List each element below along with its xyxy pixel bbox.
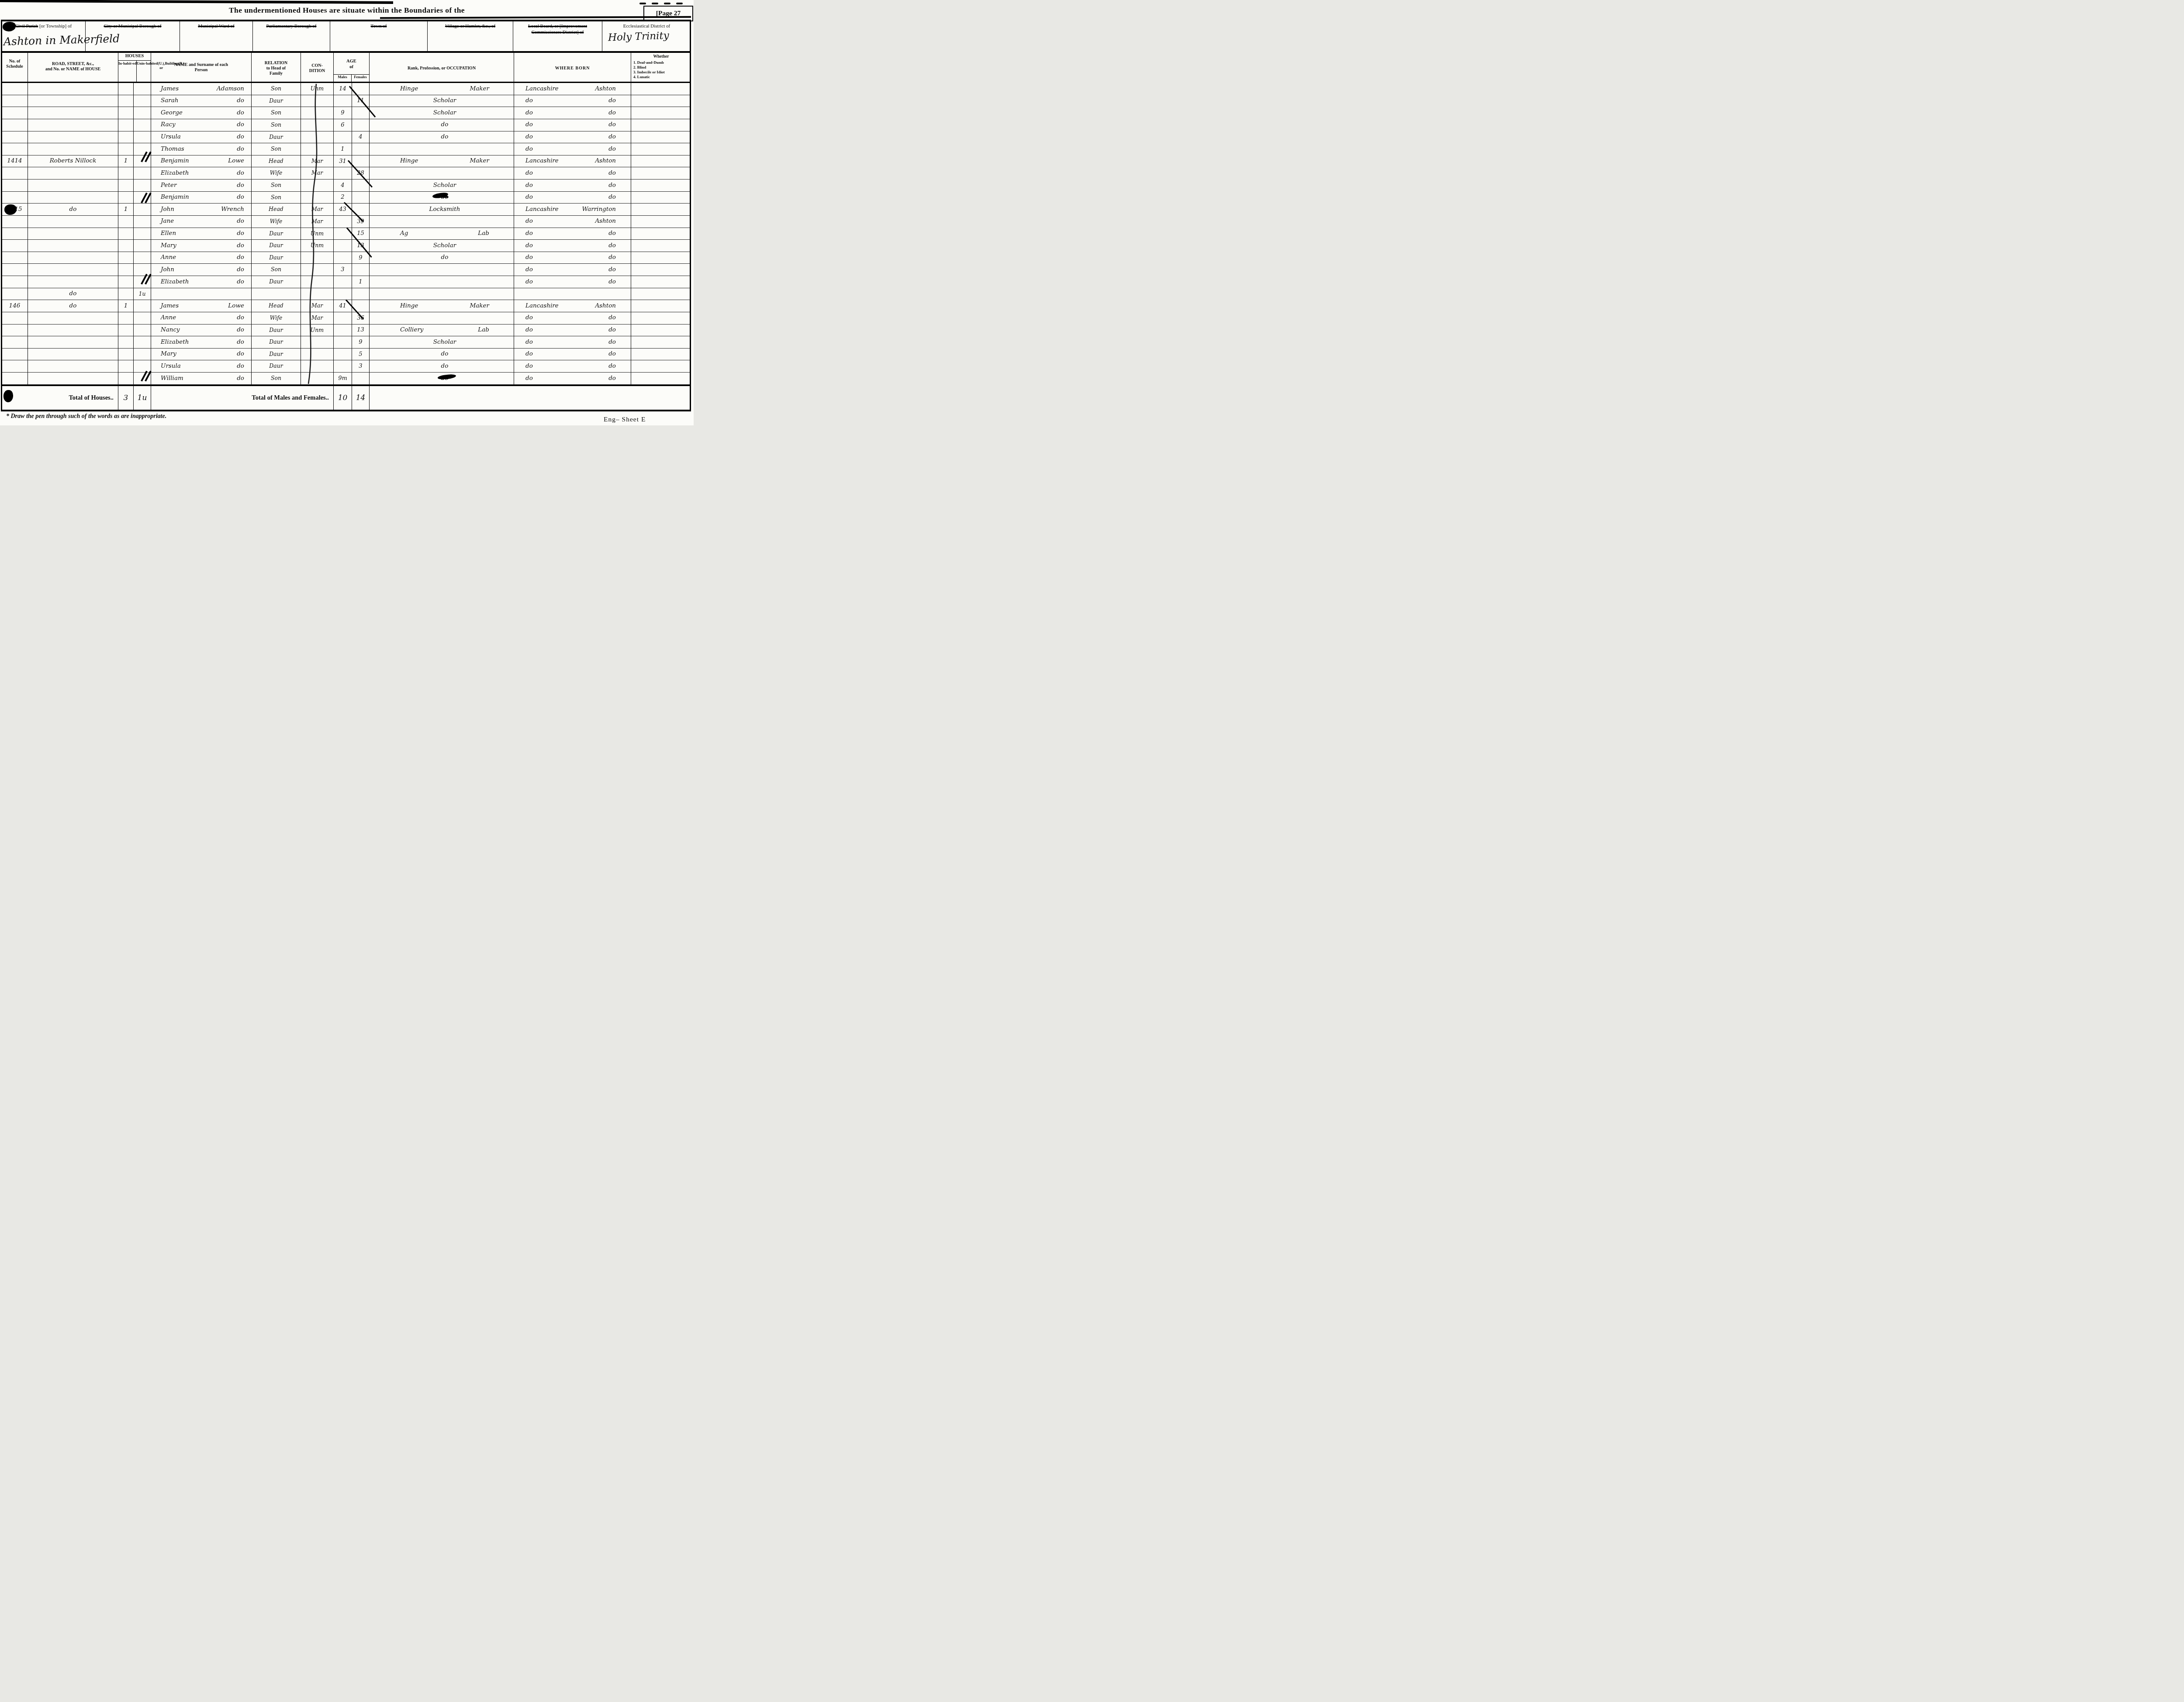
- cell-name: Annedo: [151, 312, 252, 325]
- cell-name: Ursulado: [151, 360, 252, 373]
- cell-inhabited: [118, 216, 134, 228]
- whether-item: 3. Imbecile or Idiot: [633, 70, 690, 75]
- cell-inhabited: [118, 83, 134, 95]
- person-name-part: do: [237, 98, 244, 104]
- cell-relation: Son: [252, 83, 301, 95]
- cell-age-female: [352, 155, 370, 168]
- cell-where-born: dodo: [514, 167, 631, 180]
- cell-name: Marydo: [151, 349, 252, 361]
- cell-occupation: [370, 216, 514, 228]
- where-born-part: Lancashire: [525, 86, 559, 92]
- person-name-part: do: [237, 183, 244, 189]
- cell-schedule: [2, 349, 28, 361]
- person-name-part: Nancy: [161, 327, 180, 333]
- cell-age-male: [334, 240, 352, 252]
- cell-condition: [301, 264, 334, 276]
- age-subcolumns: MalesFemales: [334, 74, 369, 82]
- occupation-text: Scholar: [433, 243, 456, 249]
- cell-inhabited: [118, 264, 134, 276]
- title-band: The undermentioned Houses are situate wi…: [0, 0, 694, 20]
- header-line: CON-: [301, 63, 333, 69]
- cell-inhabited: 1: [118, 204, 134, 216]
- header-line: DITION: [301, 69, 333, 74]
- cell-condition: Mar: [301, 216, 334, 228]
- cell-disabilities: [631, 216, 691, 228]
- occupation-text: do: [441, 351, 449, 357]
- cell-where-born: LancashireAshton: [514, 155, 631, 168]
- cell-schedule: [2, 240, 28, 252]
- cell-condition: [301, 131, 334, 144]
- cell-disabilities: [631, 155, 691, 168]
- cell-name: Sarahdo: [151, 95, 252, 107]
- person-name-part: do: [237, 351, 244, 357]
- where-born-part: do: [525, 363, 533, 369]
- cell-schedule: [2, 325, 28, 337]
- cell-age-female: 9: [352, 336, 370, 349]
- cell-age-male: 2: [334, 192, 352, 204]
- where-born-part: do: [525, 279, 533, 285]
- header-line: Unin-: [137, 62, 146, 66]
- whether-list: 1. Deaf-and-Dumb2. Blind3. Imbecile or I…: [631, 60, 691, 80]
- person-name-part: do: [237, 170, 244, 176]
- cell-road: [28, 373, 118, 385]
- whether-item: 2. Blind: [633, 65, 690, 70]
- cell-relation: Wife: [252, 312, 301, 325]
- whether-item: 4. Lunatic: [633, 75, 690, 79]
- occupation-text: do: [441, 363, 449, 369]
- where-born-part: do: [525, 183, 533, 189]
- cell-name: JohnWrench: [151, 204, 252, 216]
- cell-inhabited: [118, 336, 134, 349]
- cell-disabilities: [631, 119, 691, 131]
- cell-schedule: 146: [2, 300, 28, 312]
- geo-field-parliamentary-borough: Parliamentary Borough of: [253, 21, 330, 51]
- where-born-part: Ashton: [595, 158, 616, 164]
- cell-where-born: dodo: [514, 180, 631, 192]
- totals-empty-cell: [370, 386, 691, 410]
- person-name-part: do: [237, 231, 244, 237]
- cell-schedule: [2, 167, 28, 180]
- cell-occupation: do: [370, 131, 514, 144]
- cell-age-male: 43: [334, 204, 352, 216]
- cell-disabilities: [631, 373, 691, 385]
- occupation-part: Maker: [470, 303, 490, 309]
- cell-name: Racydo: [151, 119, 252, 131]
- cell-inhabited: [118, 240, 134, 252]
- col-header-schedule: No. ofSchedule: [2, 53, 28, 82]
- sheet-label: Eng– Sheet E: [604, 416, 646, 424]
- cell-name: Ursulado: [151, 131, 252, 144]
- where-born-part: Lancashire: [525, 303, 559, 309]
- cell-road: [28, 143, 118, 155]
- cell-disabilities: [631, 180, 691, 192]
- cell-disabilities: [631, 143, 691, 155]
- cell-inhabited: [118, 119, 134, 131]
- cell-name: [151, 288, 252, 300]
- cell-age-male: [334, 131, 352, 144]
- cell-schedule: [2, 312, 28, 325]
- totals-row: Total of Houses.. 3 1u Total of Males an…: [2, 385, 691, 411]
- geo-field-label: Municipal Ward of: [198, 24, 234, 29]
- person-name-part: Anne: [161, 255, 176, 261]
- cell-age-female: [352, 264, 370, 276]
- cell-road: Roberts Nillock: [28, 155, 118, 168]
- cell-schedule: [2, 83, 28, 95]
- cell-age-male: [334, 288, 352, 300]
- cell-condition: Mar: [301, 312, 334, 325]
- occupation-text: Locksmith: [429, 207, 460, 213]
- cell-condition: [301, 95, 334, 107]
- cell-uninhabited: [134, 216, 151, 228]
- person-name-part: Elizabeth: [161, 170, 189, 176]
- where-born-part: do: [525, 170, 533, 176]
- cell-schedule: [2, 288, 28, 300]
- person-name-part: Thomas: [161, 146, 184, 152]
- cell-occupation: do: [370, 349, 514, 361]
- cell-name: JamesAdamson: [151, 83, 252, 95]
- cell-disabilities: [631, 240, 691, 252]
- cell-disabilities: [631, 204, 691, 216]
- cell-relation: Wife: [252, 216, 301, 228]
- cell-road: [28, 131, 118, 144]
- cell-where-born: dodo: [514, 336, 631, 349]
- where-born-part: do: [525, 231, 533, 237]
- cell-age-female: 1: [352, 276, 370, 288]
- col-header-females: Females: [352, 75, 369, 82]
- person-name-part: do: [237, 255, 244, 261]
- struck-label-text: Municipal Ward of: [198, 24, 234, 29]
- scan-smear-top: [0, 0, 393, 4]
- cell-inhabited: 1: [118, 155, 134, 168]
- cell-condition: Unm: [301, 83, 334, 95]
- cell-schedule: 1414: [2, 155, 28, 168]
- cell-schedule: [2, 264, 28, 276]
- cell-inhabited: [118, 95, 134, 107]
- cell-where-born: dodo: [514, 312, 631, 325]
- cell-disabilities: [631, 325, 691, 337]
- col-header-age: AGEof: [334, 53, 369, 74]
- geo-field-town: Town of: [330, 21, 428, 51]
- cell-relation: Son: [252, 373, 301, 385]
- cell-disabilities: [631, 95, 691, 107]
- person-name-part: Benjamin: [161, 158, 189, 164]
- person-name-part: Ursula: [161, 363, 181, 369]
- col-header-males: Males: [334, 75, 352, 82]
- cell-inhabited: [118, 325, 134, 337]
- cell-road: [28, 107, 118, 119]
- occupation-part: Hinge: [400, 158, 418, 164]
- person-name-part: do: [237, 134, 244, 140]
- where-born-part: do: [525, 194, 533, 200]
- census-entries-table: JamesAdamsonSonUnm14HingeMakerLancashire…: [2, 83, 691, 385]
- header-line: RELATION: [252, 61, 301, 66]
- occupation-part: Maker: [470, 158, 490, 164]
- cell-road: do: [28, 300, 118, 312]
- cell-age-male: [334, 252, 352, 264]
- person-name-part: Lowe: [228, 158, 244, 164]
- person-name-part: George: [161, 110, 183, 116]
- cell-inhabited: [118, 192, 134, 204]
- cell-name: Thomasdo: [151, 143, 252, 155]
- cell-uninhabited: [134, 131, 151, 144]
- census-page: The undermentioned Houses are situate wi…: [0, 0, 694, 425]
- cell-uninhabited: [134, 349, 151, 361]
- where-born-part: do: [525, 255, 533, 261]
- scan-dash: [664, 3, 670, 4]
- cell-name: Annedo: [151, 252, 252, 264]
- cell-relation: Son: [252, 180, 301, 192]
- cell-schedule: [2, 143, 28, 155]
- where-born-part: Lancashire: [525, 158, 559, 164]
- cell-condition: Unm: [301, 240, 334, 252]
- cell-age-female: [352, 288, 370, 300]
- cell-condition: [301, 107, 334, 119]
- cell-disabilities: [631, 288, 691, 300]
- cell-condition: Unm: [301, 228, 334, 240]
- geo-field-label: City or Municipal Borough of: [104, 24, 162, 29]
- cell-schedule: [2, 252, 28, 264]
- cell-relation: Son: [252, 119, 301, 131]
- cell-age-female: 5: [352, 349, 370, 361]
- where-born-part: do: [608, 376, 616, 382]
- cell-age-female: 4: [352, 131, 370, 144]
- where-born-part: do: [525, 339, 533, 345]
- cell-name: Elizabethdo: [151, 276, 252, 288]
- where-born-part: do: [525, 98, 533, 104]
- cell-disabilities: [631, 264, 691, 276]
- cell-relation: Daur: [252, 240, 301, 252]
- col-header-name: NAME and Surname of eachPerson: [151, 53, 252, 82]
- cell-where-born: dodo: [514, 349, 631, 361]
- cell-disabilities: [631, 107, 691, 119]
- cell-inhabited: [118, 143, 134, 155]
- cell-age-male: [334, 325, 352, 337]
- person-name-part: do: [237, 122, 244, 128]
- cell-name: Peterdo: [151, 180, 252, 192]
- cell-schedule: [2, 336, 28, 349]
- col-header-age-group: AGEofMalesFemales: [334, 53, 370, 82]
- cell-occupation: [370, 264, 514, 276]
- column-header-row: No. ofScheduleROAD, STREET, &c.,and No. …: [2, 51, 691, 83]
- cell-age-male: 41: [334, 300, 352, 312]
- cell-disabilities: [631, 349, 691, 361]
- person-name-part: do: [237, 243, 244, 249]
- person-name-part: do: [237, 110, 244, 116]
- col-header-condition: CON-DITION: [301, 53, 334, 82]
- cell-occupation: HingeMaker: [370, 83, 514, 95]
- cell-age-female: 13: [352, 325, 370, 337]
- cell-inhabited: [118, 180, 134, 192]
- occupation-part: Colliery: [400, 327, 423, 333]
- cell-relation: Daur: [252, 360, 301, 373]
- person-name-part: Ursula: [161, 134, 181, 140]
- cell-inhabited: 1: [118, 300, 134, 312]
- cell-where-born: dodo: [514, 119, 631, 131]
- cell-relation: Daur: [252, 131, 301, 144]
- person-name-part: Peter: [161, 183, 176, 189]
- cell-road: [28, 180, 118, 192]
- header-line: Schedule: [2, 64, 28, 69]
- cell-name: Johndo: [151, 264, 252, 276]
- cell-name: Elizabethdo: [151, 167, 252, 180]
- footnote: * Draw the pen through such of the words…: [6, 413, 166, 420]
- where-born-part: do: [525, 110, 533, 116]
- label-text: [or Township] of: [38, 24, 72, 29]
- cell-age-male: 4: [334, 180, 352, 192]
- col-header-road: ROAD, STREET, &c.,and No. or NAME of HOU…: [28, 53, 118, 82]
- cell-uninhabited: [134, 240, 151, 252]
- cell-uninhabited: [134, 228, 151, 240]
- cell-name: Elizabethdo: [151, 336, 252, 349]
- cell-name: JamesLowe: [151, 300, 252, 312]
- geo-field-label: Ecclesiastical District of: [623, 24, 670, 29]
- cell-uninhabited: 1u: [134, 288, 151, 300]
- where-born-part: do: [608, 243, 616, 249]
- cell-name: Williamdo: [151, 373, 252, 385]
- cell-occupation: do: [370, 360, 514, 373]
- person-name-part: John: [161, 207, 174, 213]
- cell-occupation: [370, 143, 514, 155]
- cell-uninhabited: [134, 336, 151, 349]
- header-line: ROAD, STREET, &c.,: [28, 62, 118, 67]
- person-name-part: John: [161, 267, 174, 273]
- cell-age-male: 1: [334, 143, 352, 155]
- cell-age-male: [334, 360, 352, 373]
- where-born-part: Ashton: [595, 218, 616, 224]
- cell-relation: Daur: [252, 349, 301, 361]
- cell-where-born: dodo: [514, 95, 631, 107]
- cell-road: do: [28, 288, 118, 300]
- person-name-part: do: [237, 315, 244, 321]
- cell-name: BenjaminLowe: [151, 155, 252, 168]
- col-header-inhabited: In-habit-ed: [118, 61, 137, 82]
- cell-age-male: [334, 349, 352, 361]
- cell-relation: Daur: [252, 252, 301, 264]
- cell-disabilities: [631, 83, 691, 95]
- cell-disabilities: [631, 252, 691, 264]
- cell-occupation: Scholar: [370, 180, 514, 192]
- cell-condition: Mar: [301, 167, 334, 180]
- cell-occupation: do: [370, 119, 514, 131]
- cell-occupation: [370, 276, 514, 288]
- where-born-part: do: [525, 315, 533, 321]
- cell-inhabited: [118, 228, 134, 240]
- cell-road: [28, 264, 118, 276]
- cell-age-male: [334, 167, 352, 180]
- cell-relation: Head: [252, 155, 301, 168]
- cell-inhabited: [118, 288, 134, 300]
- cell-disabilities: [631, 192, 691, 204]
- header-line: NAME and Surname of each: [151, 62, 251, 68]
- cell-name: Marydo: [151, 240, 252, 252]
- cell-where-born: LancashireAshton: [514, 300, 631, 312]
- cell-condition: Mar: [301, 155, 334, 168]
- header-line: No. of: [2, 59, 28, 64]
- cell-disabilities: [631, 276, 691, 288]
- scan-dash: [676, 3, 683, 4]
- houses-subcolumns: In-habit-edUnin-habited(U.), orBuilding(…: [118, 61, 151, 82]
- cell-age-male: [334, 95, 352, 107]
- cell-name: Georgedo: [151, 107, 252, 119]
- geo-field-label: Village or Hamlet, &c., of: [445, 24, 495, 29]
- cell-inhabited: [118, 131, 134, 144]
- cell-where-born: dodo: [514, 192, 631, 204]
- occupation-text: do: [441, 122, 449, 128]
- where-born-part: do: [608, 170, 616, 176]
- cell-road: [28, 95, 118, 107]
- struck-label-text: Town of: [371, 24, 387, 29]
- cell-relation: Head: [252, 204, 301, 216]
- cell-condition: [301, 119, 334, 131]
- struck-label-text: Parliamentary Borough of: [266, 24, 317, 29]
- cell-road: [28, 360, 118, 373]
- person-name-part: do: [237, 146, 244, 152]
- cell-condition: [301, 373, 334, 385]
- cell-where-born: LancashireWarrington: [514, 204, 631, 216]
- struck-label-text: Local Board, or [Improvement Commissione…: [528, 24, 587, 35]
- col-header-houses: HOUSES: [118, 53, 151, 61]
- cell-where-born: dodo: [514, 240, 631, 252]
- header-line: Family: [252, 71, 301, 76]
- person-name-part: do: [237, 267, 244, 273]
- cell-schedule: [2, 131, 28, 144]
- cell-relation: Daur: [252, 276, 301, 288]
- whether-item: 1. Deaf-and-Dumb: [633, 60, 690, 65]
- where-born-part: Ashton: [595, 303, 616, 309]
- person-name-part: William: [161, 376, 183, 382]
- cell-occupation: Scholar: [370, 240, 514, 252]
- cell-where-born: dodo: [514, 107, 631, 119]
- occupation-part: Hinge: [400, 303, 418, 309]
- cell-occupation: Scholar: [370, 95, 514, 107]
- person-name-part: Adamson: [217, 86, 244, 92]
- col-header-houses-group: HOUSESIn-habit-edUnin-habited(U.), orBui…: [118, 53, 151, 82]
- cell-condition: [301, 360, 334, 373]
- cell-where-born: dodo: [514, 131, 631, 144]
- person-name-part: Lowe: [228, 303, 244, 309]
- cell-road: [28, 216, 118, 228]
- where-born-part: do: [608, 267, 616, 273]
- cell-age-female: [352, 107, 370, 119]
- cell-road: [28, 83, 118, 95]
- cell-where-born: dodo: [514, 252, 631, 264]
- cell-relation: Son: [252, 192, 301, 204]
- occupation-part: Maker: [470, 86, 490, 92]
- cell-where-born: dodo: [514, 143, 631, 155]
- cell-relation: Son: [252, 107, 301, 119]
- where-born-part: do: [525, 122, 533, 128]
- where-born-part: do: [525, 243, 533, 249]
- cell-schedule: [2, 216, 28, 228]
- cell-relation: Daur: [252, 228, 301, 240]
- person-name-part: Elizabeth: [161, 279, 189, 285]
- col-header-born: WHERE BORN: [514, 53, 631, 82]
- cell-disabilities: [631, 300, 691, 312]
- cell-occupation: Scholar: [370, 336, 514, 349]
- cell-relation: [252, 288, 301, 300]
- where-born-part: do: [608, 110, 616, 116]
- header-line: AGE: [334, 59, 369, 65]
- where-born-part: do: [525, 267, 533, 273]
- where-born-part: do: [608, 122, 616, 128]
- cell-uninhabited: [134, 264, 151, 276]
- cell-name: Janedo: [151, 216, 252, 228]
- cell-condition: [301, 349, 334, 361]
- cell-road: [28, 325, 118, 337]
- header-line: of: [334, 65, 369, 70]
- person-name-part: Jane: [161, 218, 174, 224]
- where-born-part: do: [608, 363, 616, 369]
